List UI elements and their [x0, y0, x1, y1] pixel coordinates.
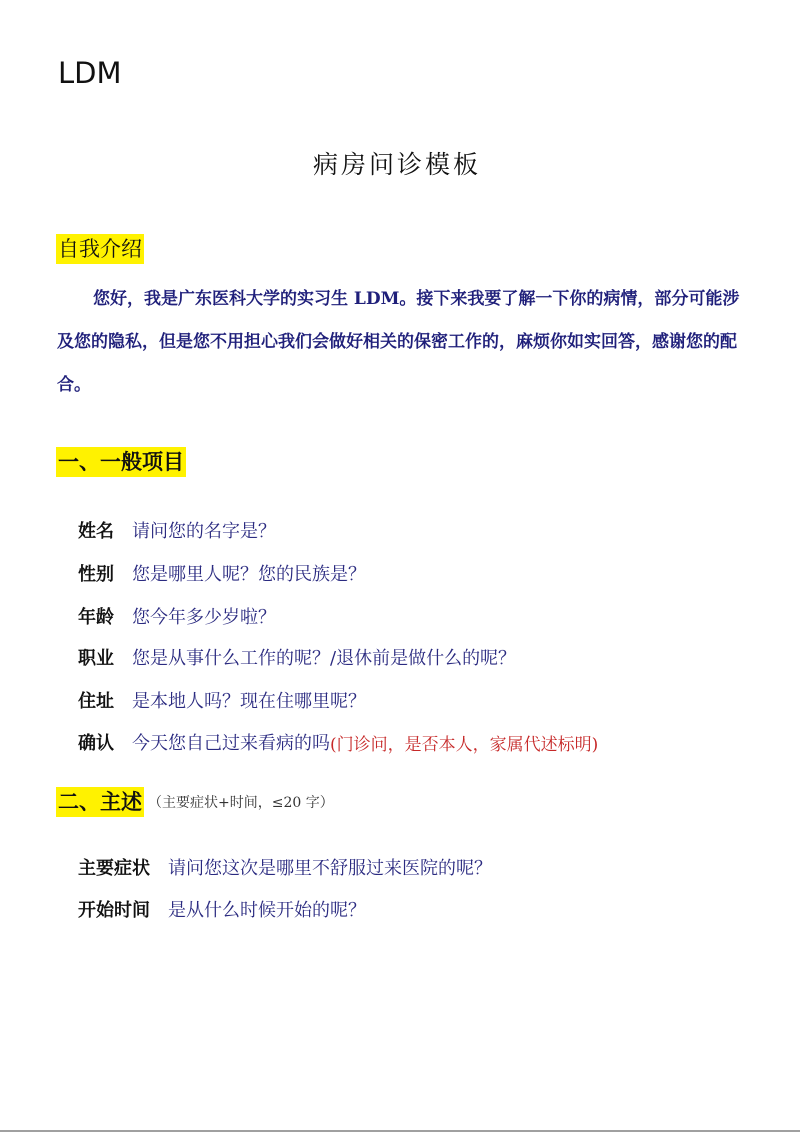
item-label: 开始时间 — [78, 896, 150, 922]
section1-heading: 一、一般项目 — [56, 447, 186, 477]
author-label: LDM — [58, 56, 122, 90]
intro-paragraph: 您好，我是广东医科大学的实习生 LDM。接下来我要了解一下你的病情，部分可能涉及… — [57, 278, 747, 407]
item-label: 住址 — [78, 687, 114, 713]
section2-heading: 二、主述 — [56, 787, 144, 817]
item-question: 今天您自己过来看病的吗 — [132, 729, 330, 755]
item-row-confirm: 确认 今天您自己过来看病的吗 (门诊问，是否本人，家属代述标明) — [78, 729, 598, 755]
item-question: 您今年多少岁啦？ — [132, 603, 276, 629]
item-question: 请问您这次是哪里不舒服过来医院的呢？ — [168, 854, 492, 880]
item-label: 职业 — [78, 644, 114, 670]
page-title: 病房问诊模板 — [313, 145, 481, 181]
item-label: 主要症状 — [78, 854, 150, 880]
section2-header: 二、主述 （主要症状+时间，≤20 字） — [56, 787, 334, 817]
item-question: 是从什么时候开始的呢？ — [168, 896, 366, 922]
item-row-gender: 性别 您是哪里人呢？您的民族是？ — [78, 560, 366, 586]
item-label: 姓名 — [78, 517, 114, 543]
item-question: 请问您的名字是？ — [132, 517, 276, 543]
item-note: (门诊问，是否本人，家属代述标明) — [330, 730, 598, 755]
item-label: 性别 — [78, 560, 114, 586]
item-label: 年龄 — [78, 603, 114, 629]
item-question: 您是哪里人呢？您的民族是？ — [132, 560, 366, 586]
section2-note: （主要症状+时间，≤20 字） — [148, 792, 334, 812]
intro-heading: 自我介绍 — [56, 234, 144, 264]
item-row-occupation: 职业 您是从事什么工作的呢？/退休前是做什么的呢？ — [78, 644, 516, 670]
item-question: 您是从事什么工作的呢？/退休前是做什么的呢？ — [132, 644, 516, 670]
item-row-name: 姓名 请问您的名字是？ — [78, 517, 276, 543]
item-question: 是本地人吗？现在住哪里呢？ — [132, 687, 366, 713]
item-row-address: 住址 是本地人吗？现在住哪里呢？ — [78, 687, 366, 713]
item-label: 确认 — [78, 729, 114, 755]
item-row-onset: 开始时间 是从什么时候开始的呢？ — [78, 896, 366, 922]
item-row-main-symptom: 主要症状 请问您这次是哪里不舒服过来医院的呢？ — [78, 854, 492, 880]
item-row-age: 年龄 您今年多少岁啦？ — [78, 603, 276, 629]
